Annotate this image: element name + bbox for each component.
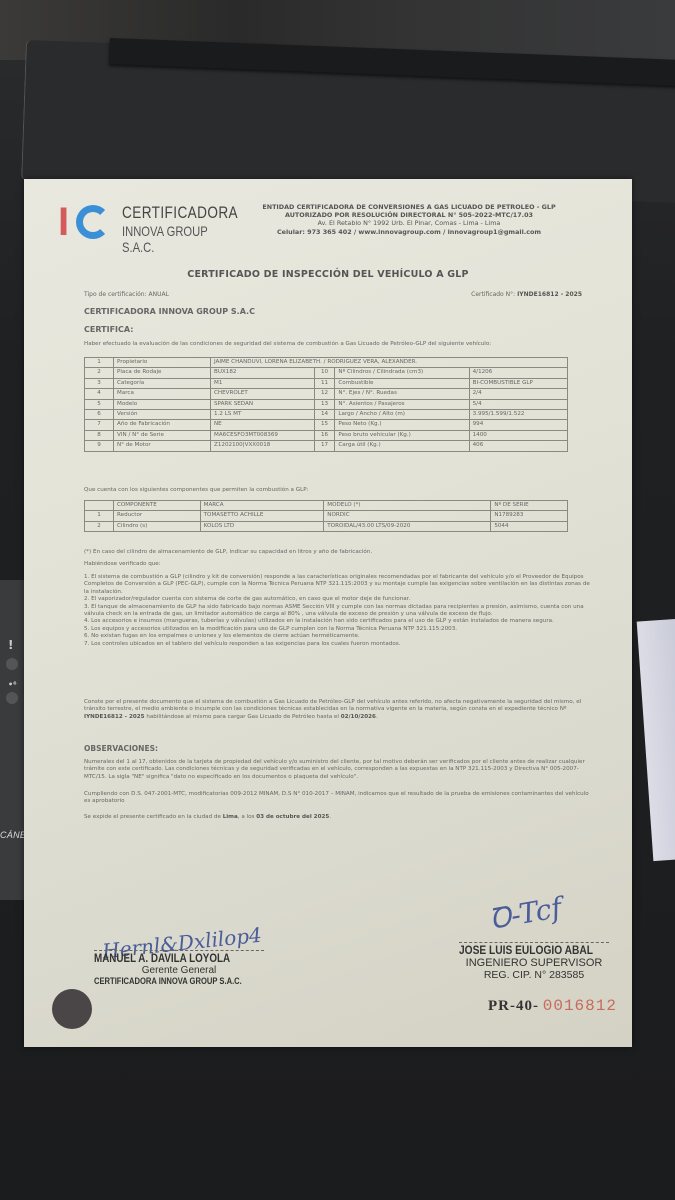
table-row: 3CategoríaM111CombustibleBI-COMBUSTIBLE … [85,378,568,388]
logo-g-icon [76,205,110,239]
components-intro: Que cuenta con los siguientes componente… [84,487,594,494]
issued-date: 03 de octubre del 2025 [256,814,329,820]
indicator-light [6,658,18,670]
warning-icon: ! [8,638,13,652]
table-header-row: COMPONENTEMARCAMODELO (*)Nº DE SERIE [85,501,568,511]
cell-serial: N1789283 [491,511,568,521]
row-value: 3.995/1.599/1.522 [469,410,567,420]
intro-text: Haber efectuado la evaluación de las con… [84,341,491,347]
row-label: Nº Cilindros / Cilindrada (cm3) [335,368,469,378]
row-number: 6 [85,410,114,420]
address-line: Av. El Retablo N° 1992 Urb. El Pinar, Co… [244,219,574,227]
certificate-meta: Tipo de certificación: ANUAL Certificado… [84,291,582,298]
logo-line1: CERTIFICADORA [122,203,238,223]
column-header: MARCA [200,501,324,511]
row-number: 4 [85,389,114,399]
signatory-right: JOSE LUIS EULOGIO ABAL INGENIERO SUPERVI… [459,942,609,981]
row-number: 10 [314,368,335,378]
verification-item: 1. El sistema de combustión a GLP (cilin… [84,574,594,596]
row-number: 11 [314,378,335,388]
row-label: VIN / N° de Serie [114,430,211,440]
row-value: NE [211,420,315,430]
row-label: Peso Neto (Kg.) [335,420,469,430]
conclusion-text-2: habilitándose al mismo para cargar Gas L… [146,714,339,720]
row-label: N°. Ejes / N°. Ruedas [335,389,469,399]
row-number: 1 [85,358,114,368]
row-value: 406 [469,441,567,451]
column-header: COMPONENTE [114,501,201,511]
row-value: 5/4 [469,399,567,409]
signatory-left-company: CERTIFICADORA INNOVA GROUP S.A.C. [94,976,230,987]
valid-until: 02/10/2026 [341,714,376,720]
entity-line: ENTIDAD CERTIFICADORA DE CONVERSIONES A … [244,203,574,211]
table-row: 9N° de MotorZ1202100|VXX001817Carga útil… [85,441,568,451]
row-value: M1 [211,378,315,388]
table-row: 1 Propietario JAIME CHANDUVI, LORENA ELI… [85,358,568,368]
row-value: 1.2 LS MT [211,410,315,420]
row-number: 13 [314,399,335,409]
signatory-right-reg: REG. CIP. N° 283585 [459,969,609,981]
cell-model: TOROIDAL/43.00 LTS/09-2020 [324,521,491,531]
row-label: Combustible [335,378,469,388]
cell-component: Reductor [114,511,201,521]
cell-component: Cilindro (s) [114,521,201,531]
company-logo: I CERTIFICADORA INNOVA GROUP S.A.C. [58,199,238,245]
row-value: MA6CESFO3MT008369 [211,430,315,440]
conclusion: Conste por el presente documento que el … [84,699,594,721]
entity-header: ENTIDAD CERTIFICADORA DE CONVERSIONES A … [244,203,574,236]
row-value: BI-COMBUSTIBLE GLP [469,378,567,388]
form-code: PR-40- [488,998,539,1014]
row-label: Carga útil (Kg.) [335,441,469,451]
document-title: CERTIFICADO DE INSPECCIÓN DEL VEHÍCULO A… [24,269,632,280]
logo-i: I [58,199,69,245]
table-row: 4MarcaCHEVROLET12N°. Ejes / N°. Ruedas2/… [85,389,568,399]
emissions-text: Cumpliendo con D.S. 047-2001-MTC, modifi… [84,791,594,806]
cert-number: Certificado N°: IYNDE16812 - 2025 [471,291,582,298]
table-row: 2Cilindro (s)KOLOS LTDTOROIDAL/43.00 LTS… [85,521,568,531]
table-row: 6Versión1.2 LS MT14Largo / Ancho / Alto … [85,410,568,420]
row-label: Peso bruto vehicular (Kg.) [335,430,469,440]
row-value: 4/1206 [469,368,567,378]
table-row: 7Año de FabricaciónNE15Peso Neto (Kg.)99… [85,420,568,430]
contact-line: Celular: 973 365 402 / www.innovagroup.c… [244,228,574,236]
row-number: 8 [85,430,114,440]
row-number: 17 [314,441,335,451]
verification-list: 1. El sistema de combustión a GLP (cilin… [84,574,594,648]
row-label: Año de Fabricación [114,420,211,430]
conclusion-ref: IYNDE16812 - 2025 [84,714,145,720]
row-value: 1400 [469,430,567,440]
table-row: 2Placa de RodajeBUX18210Nº Cilindros / C… [85,368,568,378]
cert-number-label: Certificado N°: [471,291,515,298]
company-name: CERTIFICADORA INNOVA GROUP S.A.C [84,307,255,316]
row-label: Modelo [114,399,211,409]
row-number: 5 [85,399,114,409]
verification-item: 4. Los accesorios e insumos (mangueras, … [84,618,594,625]
row-label: N°. Asientos / Pasajeros [335,399,469,409]
row-number: 9 [85,441,114,451]
components-table: COMPONENTEMARCAMODELO (*)Nº DE SERIE1Red… [84,500,568,532]
vehicle-table: 1 Propietario JAIME CHANDUVI, LORENA ELI… [84,357,568,452]
issued-city: Lima [223,814,238,820]
row-value: CHEVROLET [211,389,315,399]
signatory-left: MANUEL A. DAVILA LOYOLA Gerente General … [94,950,264,987]
stamp-dot [52,989,92,1029]
cell-brand: TOMASETTO ACHILLE [200,511,324,521]
row-label: Placa de Rodaje [114,368,211,378]
row-label: Largo / Ancho / Alto (m) [335,410,469,420]
row-number: 7 [85,420,114,430]
signatory-left-role: Gerente General [94,965,264,976]
background-paper [637,619,675,861]
wifi-icon: •⁶ [8,680,17,689]
signatory-right-role: INGENIERO SUPERVISOR [459,957,609,969]
row-value: SPARK SEDAN [211,399,315,409]
verification-item: 2. El vaporizador/regulador cuenta con s… [84,596,594,603]
certifica-heading: CERTIFICA: [84,325,133,334]
form-number: 0016812 [543,997,617,1015]
table-row: 1ReductorTOMASETTO ACHILLENORDICN1789283 [85,511,568,521]
table-row: 5ModeloSPARK SEDAN13N°. Asientos / Pasaj… [85,399,568,409]
verified-intro: Habiéndose verificado que: [84,561,594,568]
logo-line2: INNOVA GROUP S.A.C. [122,223,215,255]
column-header [85,501,114,511]
row-value: JAIME CHANDUVI, LORENA ELIZABETH. / RODR… [211,358,568,368]
row-value: Z1202100|VXX0018 [211,441,315,451]
signatory-left-name: MANUEL A. DAVILA LOYOLA [94,951,233,965]
indicator-light [6,692,18,704]
row-number: 16 [314,430,335,440]
verification-item: 7. Los controles ubicados en el tablero … [84,641,594,648]
cert-number-value: IYNDE16812 - 2025 [517,291,582,298]
conclusion-text: Conste por el presente documento que el … [84,699,581,712]
column-header: Nº DE SERIE [491,501,568,511]
certificate-document: I CERTIFICADORA INNOVA GROUP S.A.C. ENTI… [24,179,632,1047]
column-header: MODELO (*) [324,501,491,511]
table-row: 8VIN / N° de SerieMA6CESFO3MT00836916Pes… [85,430,568,440]
cell-n: 2 [85,521,114,531]
verification-item: 3. El tanque de almacenamiento de GLP ha… [84,604,594,619]
cell-model: NORDIC [324,511,491,521]
form-serial: PR-40- 0016812 [488,997,617,1015]
observations-text: Numerales del 1 al 17, obtenidos de la t… [84,759,594,781]
observations-heading: OBSERVACIONES: [84,744,158,753]
row-label: Propietario [114,358,211,368]
row-value: 994 [469,420,567,430]
row-label: Categoría [114,378,211,388]
row-value: BUX182 [211,368,315,378]
row-number: 15 [314,420,335,430]
row-number: 3 [85,378,114,388]
row-number: 2 [85,368,114,378]
cert-type: Tipo de certificación: ANUAL [84,291,169,298]
verification-item: 6. No existan fugas en los empalmes o un… [84,633,594,640]
cell-brand: KOLOS LTD [200,521,324,531]
issued-text: Se expide el presente certificado en la … [84,814,221,820]
resolution-line: AUTORIZADO POR RESOLUCIÓN DIRECTORAL N° … [244,211,574,219]
cell-n: 1 [85,511,114,521]
signatory-right-name: JOSE LUIS EULOGIO ABAL [459,943,587,957]
signature-right: Ꝺ-Tcf [486,888,564,938]
issued-line: Se expide el presente certificado en la … [84,814,594,821]
row-label: Versión [114,410,211,420]
row-number: 12 [314,389,335,399]
issued-text-2: , a los [238,814,255,820]
footnote: (*) En caso del cilindro de almacenamien… [84,549,594,556]
row-number: 14 [314,410,335,420]
row-value: 2/4 [469,389,567,399]
row-label: N° de Motor [114,441,211,451]
row-label: Marca [114,389,211,399]
cell-serial: 5044 [491,521,568,531]
